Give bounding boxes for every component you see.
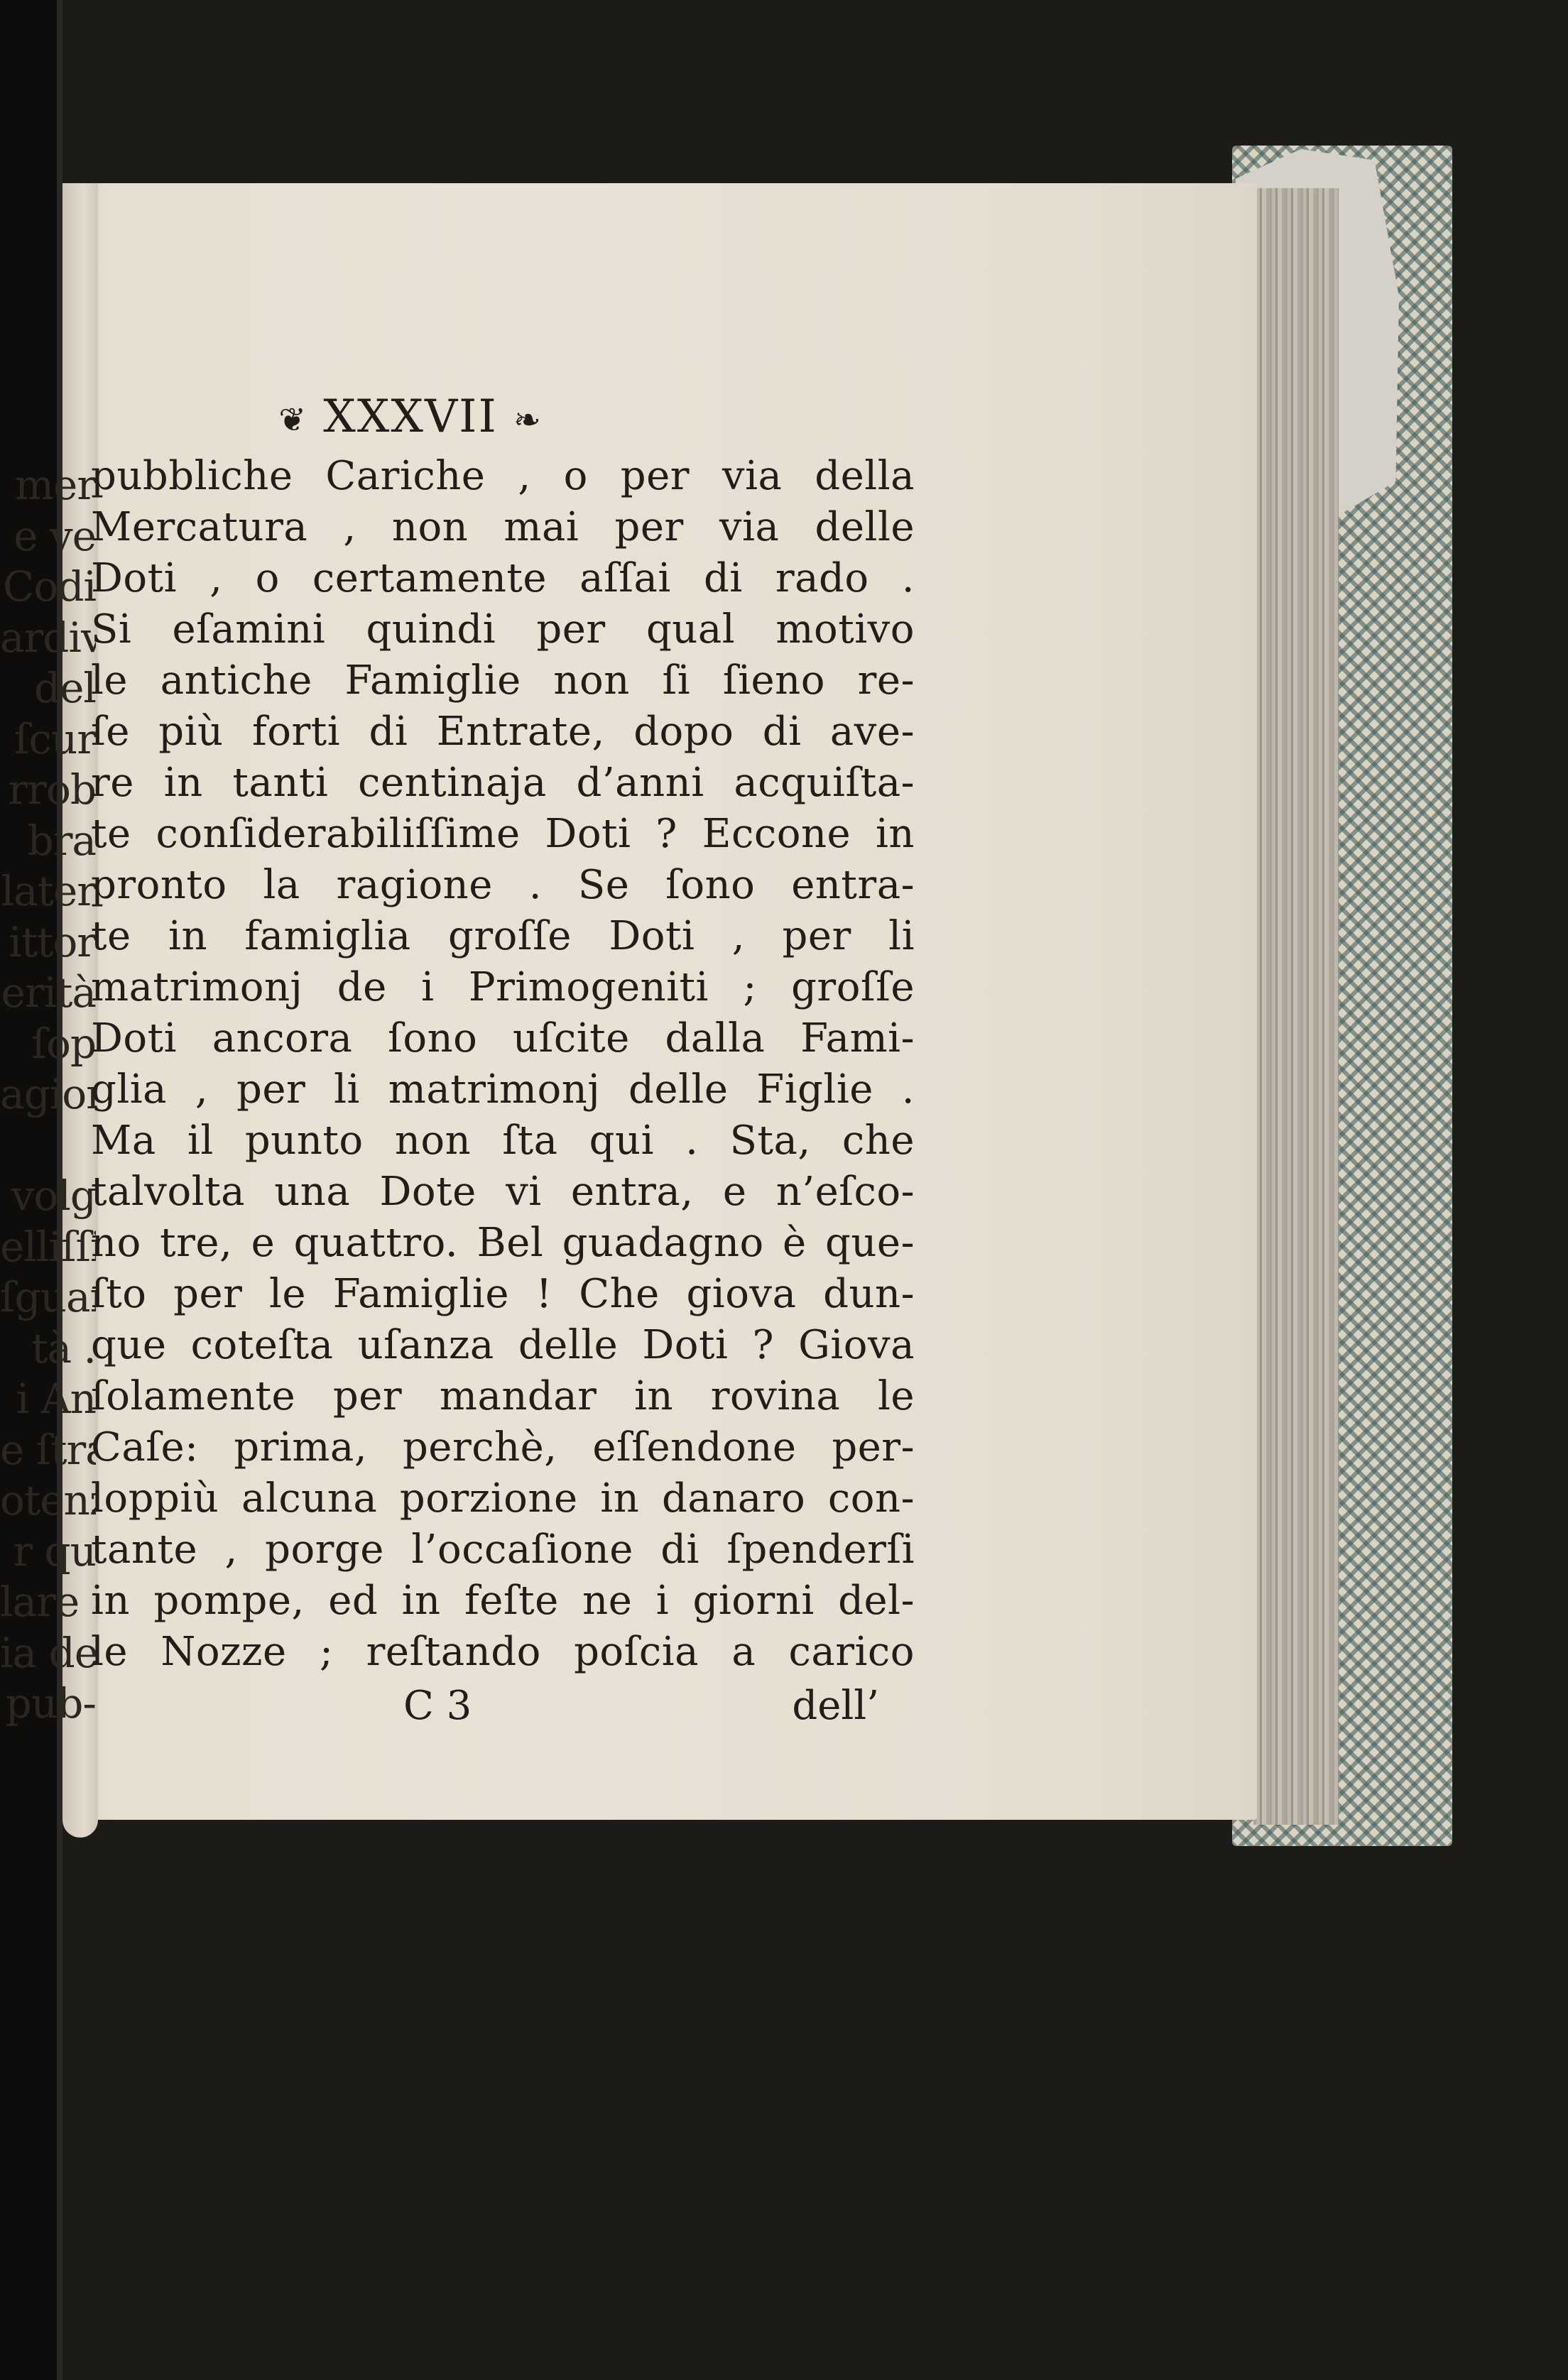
text-line: talvolta una Dote vi entra, e n’eſco-	[91, 1167, 915, 1218]
text-line: Doti , o certamente aſſai di rado .	[91, 553, 915, 604]
fragment: later	[0, 866, 96, 917]
fragment: i An	[0, 1374, 96, 1425]
text-line: glia , per li matrimonj delle Figlie .	[91, 1064, 915, 1115]
text-line: ſolamente per mandar in rovina le	[91, 1371, 915, 1422]
fragment: elliſſi	[0, 1222, 96, 1273]
fragment: ſcur	[0, 714, 96, 765]
fragment: e ſtra	[0, 1425, 96, 1476]
fleuron-left-icon: ❦	[278, 400, 307, 439]
fragment: lare =	[0, 1577, 96, 1628]
fragment: rrob	[0, 765, 96, 816]
text-line: Si eſamini quindi per qual motivo	[91, 604, 915, 655]
text-line: Caſe: prima, perchè, eſſendone per-	[91, 1422, 915, 1473]
text-line: loppiù alcuna porzione in danaro con-	[91, 1473, 915, 1524]
text-line: te conſiderabiliſſime Doti ? Eccone in	[91, 809, 915, 860]
page-number: XXXVII	[323, 391, 497, 443]
fragment: bra	[0, 816, 96, 867]
signature-line: C 3 dell’	[91, 1678, 915, 1735]
text-line: pronto la ragione . Se ſono entra-	[91, 860, 915, 911]
text-line: re in tanti centinaja d’anni acquiſta-	[91, 758, 915, 809]
text-line: in pompe, ed in feſte ne i giorni del-	[91, 1576, 915, 1627]
text-line: no tre, e quattro. Bel guadagno è que-	[91, 1218, 915, 1269]
fragment: mer	[0, 460, 96, 511]
fragment: r qu	[0, 1527, 96, 1578]
fragment	[0, 1120, 96, 1172]
catchword: dell’	[792, 1678, 879, 1735]
fragment: del	[0, 663, 96, 714]
text-line: que coteſta uſanza delle Doti ? Giova	[91, 1320, 915, 1371]
text-line: Ma il punto non ſta qui . Sta, che	[91, 1115, 915, 1167]
text-line: ſto per le Famiglie ! Che giova dun-	[91, 1269, 915, 1320]
fragment: pub-	[0, 1678, 96, 1730]
text-column: ❦ XXXVII ❧ pubbliche Cariche , o per via…	[91, 383, 915, 1735]
text-line: ſe più forti di Entrate, dopo di ave-	[91, 706, 915, 758]
fragment: erità	[0, 968, 96, 1019]
fragment: ſop	[0, 1019, 96, 1070]
fragment: ittor	[0, 917, 96, 968]
fragment: Codi	[0, 562, 96, 613]
text-line: le antiche Famiglie non ſi ſieno re-	[91, 655, 915, 706]
text-line: Doti ancora ſono uſcite dalla Fami-	[91, 1013, 915, 1064]
text-line: Mercatura , non mai per via delle	[91, 502, 915, 553]
fragment: ia de	[0, 1628, 96, 1679]
running-head: ❦ XXXVII ❧	[91, 383, 702, 451]
signature-mark: C 3	[403, 1678, 472, 1735]
fragment: otenz	[0, 1475, 96, 1527]
fragment: tà .	[0, 1323, 96, 1375]
text-line: le Nozze ; reſtando poſcia a carico	[91, 1627, 915, 1678]
page-edges	[1253, 188, 1339, 1825]
fragment: ſguar	[0, 1272, 96, 1323]
fragment: volg	[0, 1171, 96, 1222]
text-line: tante , porge l’occaſione di ſpenderſi	[91, 1524, 915, 1576]
fragment: agion	[0, 1069, 96, 1120]
text-line: te in famiglia groſſe Doti , per li	[91, 911, 915, 962]
text-line: matrimonj de i Primogeniti ; groſſe	[91, 962, 915, 1013]
facing-page-fragments: mer e ve Codi ardiv del ſcur rrob bra la…	[0, 460, 96, 1730]
fragment: e ve	[0, 511, 96, 562]
fleuron-right-icon: ❧	[513, 400, 543, 439]
fragment: ardiv	[0, 613, 96, 664]
text-line: pubbliche Cariche , o per via della	[91, 451, 915, 502]
